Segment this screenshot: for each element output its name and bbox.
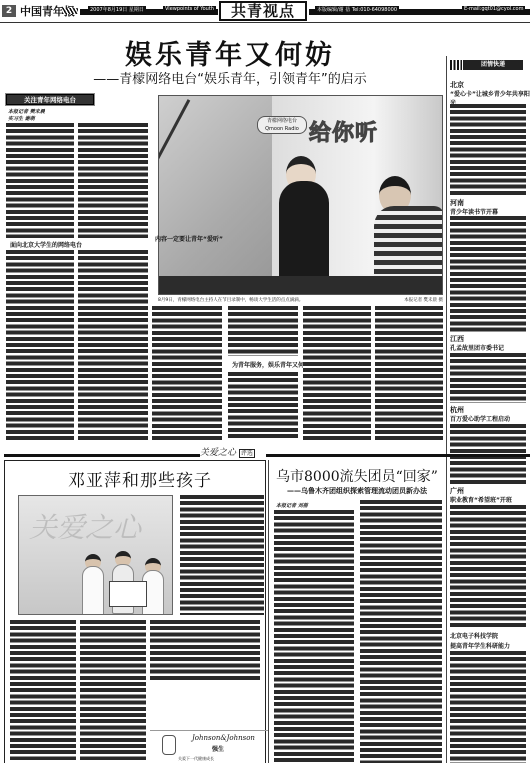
jnj-ad: Johnson&Johnson 强生 关爱下一代健康成长 (150, 730, 268, 763)
urumqi-subheadline: ——乌鲁木齐团组织探索管理流动团员新办法 (272, 486, 442, 496)
masthead-rule (0, 22, 530, 23)
ad-brand-cn: 强生 (212, 744, 224, 753)
love-section-tag-badge: 评选 (239, 449, 255, 458)
sidebar-title-7: 提高青年学生科研能力 (450, 641, 510, 650)
lead-photo: 青檬网络电台 Qmoon Radio 给你听 (158, 95, 443, 295)
childs-drawing (109, 581, 147, 607)
lead-body-col1d (78, 250, 148, 440)
microphone-stand (158, 99, 241, 207)
viewpoints-label: Viewpoints of Youth (163, 6, 216, 12)
lead-section-head-3: 为青年服务，娱乐青年又何妨 (232, 360, 310, 369)
sidebar-barcode-decoration (450, 60, 462, 70)
lead-body-col1c (6, 250, 74, 440)
love-section-tag: 关爱之心 评选 (200, 445, 266, 461)
lead-kicker: 关注青年网络电台 (6, 94, 94, 105)
love-body-right (180, 495, 264, 615)
sidebar-title-3: 孔孟故里团市委书记 (450, 343, 504, 352)
lead-subheadline: ——青檬网络电台“娱乐青年，引领青年”的启示 (60, 68, 400, 87)
host-female (279, 181, 329, 291)
love-body-col3 (150, 620, 260, 680)
lead-section-head-1: 面向北京大学生的网络电台 (10, 240, 82, 249)
radio-badge: 青檬网络电台 Qmoon Radio (257, 116, 307, 134)
sidebar-header: 团情快递 (463, 60, 523, 70)
urumqi-body-col1 (274, 510, 354, 763)
lead-body-col1b (78, 123, 148, 238)
child (82, 566, 104, 615)
caption-credit: 本报记者 樊未晨 摄 (404, 297, 443, 303)
sidebar-title-5: 职业教育“希望班”开班 (450, 495, 512, 504)
ad-slogan: 关爱下一代健康成长 (178, 756, 214, 762)
column-rule (268, 460, 269, 763)
hatch-decoration (62, 8, 78, 14)
sidebar-title-2: 青少年读书节开幕 (450, 207, 498, 216)
love-headline: 邓亚萍和那些孩子 (20, 466, 260, 491)
lead-byline-2: 实习生 谢萌 (8, 115, 35, 122)
sidebar-body-3 (450, 353, 526, 403)
email-info: E-mail:gqt01@cyol.com (462, 6, 525, 12)
studio-sign: 给你听 (309, 116, 378, 147)
page-number: 2 (2, 5, 16, 17)
lead-body-col5 (303, 306, 371, 440)
lead-byline-1: 本报记者 樊未晨 (8, 108, 45, 115)
sidebar-title-4: 百万爱心助学工程启动 (450, 414, 510, 423)
masthead: 2 中国青年报 2007年8月19日 星期日 Viewpoints of You… (0, 0, 530, 20)
lead-body-col4b (228, 372, 298, 440)
lead-body-col3 (152, 306, 222, 440)
love-photo: 关爱之心 (18, 495, 173, 615)
lead-photo-caption: 8月9日，青檬网络电台主持人在节目录制中，畅谈大学生活的点点滴滴。 本报记者 樊… (158, 297, 443, 303)
section-divider (4, 454, 530, 457)
urumqi-byline: 本报记者 刘蓓 (276, 502, 308, 509)
studio-desk (159, 276, 443, 295)
sidebar-title-6: 北京电子科技学院 (450, 631, 498, 640)
sidebar-body-5 (450, 505, 526, 629)
love-body-col2 (80, 620, 146, 760)
sidebar-body-2 (450, 216, 526, 332)
lead-body-col1a (6, 123, 74, 238)
sidebar-body-1 (450, 104, 526, 196)
olympic-logo-icon (162, 735, 176, 755)
issue-date: 2007年8月19日 星期日 (88, 6, 146, 13)
urumqi-body-col2 (360, 500, 442, 763)
love-photo-watermark: 关爱之心 (29, 506, 141, 546)
lead-section-head-2: 内容一定要让青年“爱听” (155, 234, 223, 243)
sidebar-body-6 (450, 651, 526, 763)
ad-brand-en: Johnson&Johnson (192, 734, 255, 742)
section-title: 共青视点 (219, 1, 307, 21)
editor-info: 本版编辑/谢 蓓 Tel:010-64098000 (315, 6, 399, 13)
lead-body-col4a (228, 306, 298, 356)
urumqi-headline: 乌市8000流失团员“回家” (272, 466, 442, 486)
sidebar-rule (446, 56, 447, 763)
love-section-tag-text: 关爱之心 (200, 448, 236, 458)
caption-text: 8月9日，青檬网络电台主持人在节目录制中，畅谈大学生活的点点滴滴。 (158, 297, 303, 303)
love-body-col1 (10, 620, 76, 760)
lead-body-col6 (375, 306, 443, 440)
lead-headline: 娱乐青年又何妨 (60, 33, 400, 72)
